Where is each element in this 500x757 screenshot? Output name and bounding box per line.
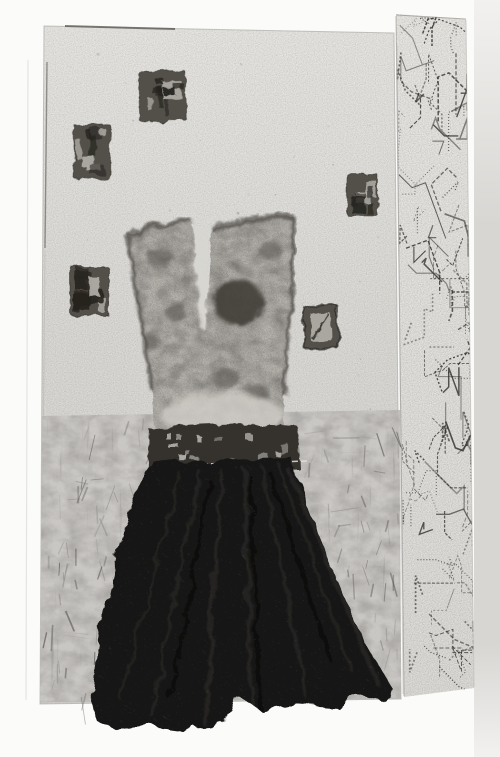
- patch-cell: [100, 128, 105, 136]
- waistband-speck: [197, 436, 201, 443]
- panel-speckle: [86, 239, 88, 241]
- meadow-scratch: [372, 567, 384, 568]
- meadow-stroke: [97, 506, 98, 523]
- panel-speckle: [308, 292, 309, 293]
- waistband-speck: [214, 437, 223, 441]
- panel-speckle: [293, 156, 294, 157]
- patch-cell: [352, 196, 365, 214]
- waistband-speck: [179, 455, 187, 461]
- artwork-photo: [0, 0, 500, 757]
- meadow-stroke: [398, 514, 399, 524]
- panel-speckle: [377, 235, 380, 238]
- panel-speckle: [97, 53, 100, 56]
- collage-patch-3: [347, 174, 378, 216]
- panel-speckle: [359, 280, 361, 282]
- bodice-blotch: [166, 303, 186, 321]
- bodice-blotch: [213, 368, 239, 388]
- patch-cell: [75, 141, 81, 158]
- waistband-speck: [185, 450, 190, 455]
- patch-cell: [75, 272, 91, 290]
- bodice-blotch: [259, 241, 281, 259]
- panel-speckle: [279, 195, 280, 196]
- patch-cell: [367, 186, 373, 198]
- patch-cell: [74, 291, 91, 306]
- waistband-speck: [169, 444, 180, 448]
- collage-patch-4: [70, 267, 109, 315]
- waistband-speck: [279, 443, 287, 452]
- meadow-stroke: [398, 433, 399, 457]
- panel-speckle: [95, 228, 96, 229]
- panel-speckle: [257, 213, 260, 216]
- panel-speckle: [327, 125, 330, 128]
- panel-speckle: [132, 120, 134, 122]
- panel-speckle: [303, 260, 304, 261]
- patch-cell: [90, 165, 104, 174]
- meadow-stroke: [65, 669, 66, 678]
- panel-speckle: [237, 212, 240, 215]
- panel-speckle: [142, 361, 144, 363]
- panel-speckle: [169, 209, 171, 211]
- panel-speckle: [357, 374, 360, 377]
- panel-speckle: [259, 210, 260, 211]
- panel-speckle: [332, 164, 334, 166]
- patch-cell: [148, 98, 153, 110]
- patch-cell: [89, 277, 99, 296]
- right-margin-shade: [474, 0, 500, 757]
- patch-cell: [88, 136, 96, 157]
- waistband-speck: [246, 434, 253, 440]
- panel-speckle: [360, 358, 362, 360]
- panel-speckle: [70, 66, 72, 68]
- panel-speckle: [369, 408, 371, 410]
- bodice-blotch: [147, 247, 173, 269]
- waistband-speck: [177, 435, 182, 441]
- panel-speckle: [384, 80, 385, 81]
- panel-speckle: [112, 294, 113, 295]
- meadow-stroke: [51, 626, 52, 651]
- waistband-speck: [166, 432, 171, 439]
- collage-patch-2: [74, 124, 111, 180]
- crackle-strip-grain: [390, 10, 480, 702]
- bodice-dark-blob: [213, 279, 263, 325]
- panel-speckle: [125, 82, 127, 84]
- panel-speckle: [247, 192, 250, 195]
- patch-cell: [165, 99, 170, 116]
- meadow-stroke: [386, 628, 387, 641]
- panel-speckle: [200, 140, 201, 141]
- meadow-stroke: [143, 419, 144, 430]
- panel-speckle: [259, 159, 260, 160]
- panel-speckle: [80, 46, 81, 47]
- panel-speckle: [369, 125, 371, 127]
- patch-cell: [158, 87, 163, 107]
- artwork-canvas: [0, 0, 500, 757]
- panel-speckle: [240, 63, 242, 65]
- waistband-speck: [192, 457, 199, 461]
- collage-patch-1: [138, 70, 187, 122]
- panel-speckle: [53, 332, 54, 333]
- panel-speckle: [166, 191, 167, 192]
- panel-speckle: [302, 304, 303, 305]
- panel-speckle: [275, 194, 277, 196]
- patch-cell: [173, 83, 184, 90]
- patch-cell: [367, 204, 374, 215]
- waistband-speck: [275, 450, 279, 455]
- panel-speckle: [378, 146, 380, 148]
- collage-patch-5: [303, 304, 339, 349]
- crackle-border-panel: [390, 10, 480, 702]
- patch-cell: [81, 157, 95, 167]
